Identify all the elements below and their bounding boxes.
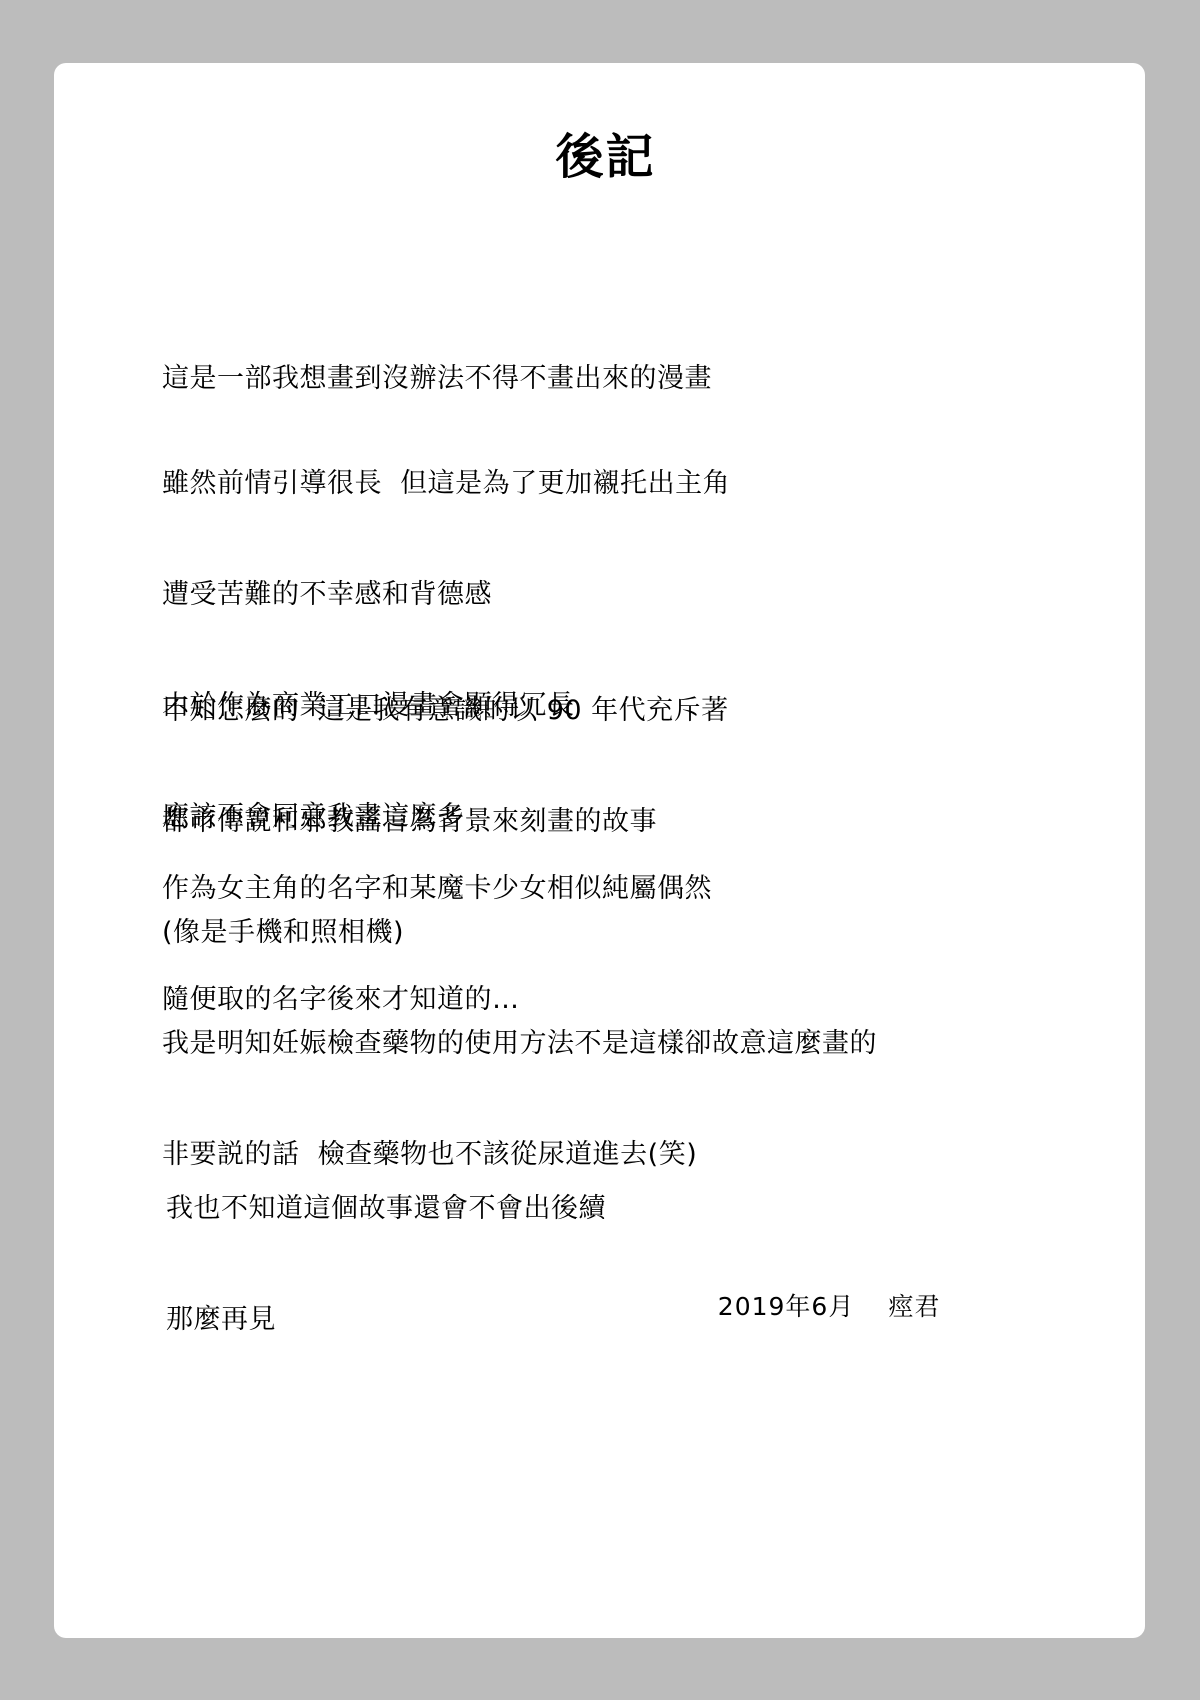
paragraph-6: 我也不知道這個故事還會不會出後續 那麼再見 bbox=[166, 1116, 606, 1412]
text-line: 作為女主角的名字和某魔卡少女相似純屬偶然 bbox=[162, 870, 712, 907]
signature-author: 痙君 bbox=[888, 1292, 940, 1321]
afterword-page: 後記 這是一部我想畫到沒辦法不得不畫出來的漫畫 雖然前情引導很長 但這是為了更加… bbox=[54, 63, 1145, 1638]
text-line: 我也不知道這個故事還會不會出後續 bbox=[166, 1190, 606, 1227]
text-line: 雖然前情引導很長 但這是為了更加襯托出主角 bbox=[162, 465, 730, 502]
page-title: 後記 bbox=[54, 127, 1145, 187]
text-line: 我是明知妊娠檢查藥物的使用方法不是這樣卻故意這麼畫的 bbox=[162, 1025, 877, 1062]
text-line: 那麼再見 bbox=[166, 1301, 606, 1338]
text-line: 遭受苦難的不幸感和背德感 bbox=[162, 576, 730, 613]
text-line: 不知怎麼的 這是我有意識的以 90 年代充斥著 bbox=[162, 692, 729, 729]
signature-date: 2019年6月 bbox=[718, 1292, 855, 1321]
signature: 2019年6月痙君 bbox=[682, 1256, 940, 1358]
